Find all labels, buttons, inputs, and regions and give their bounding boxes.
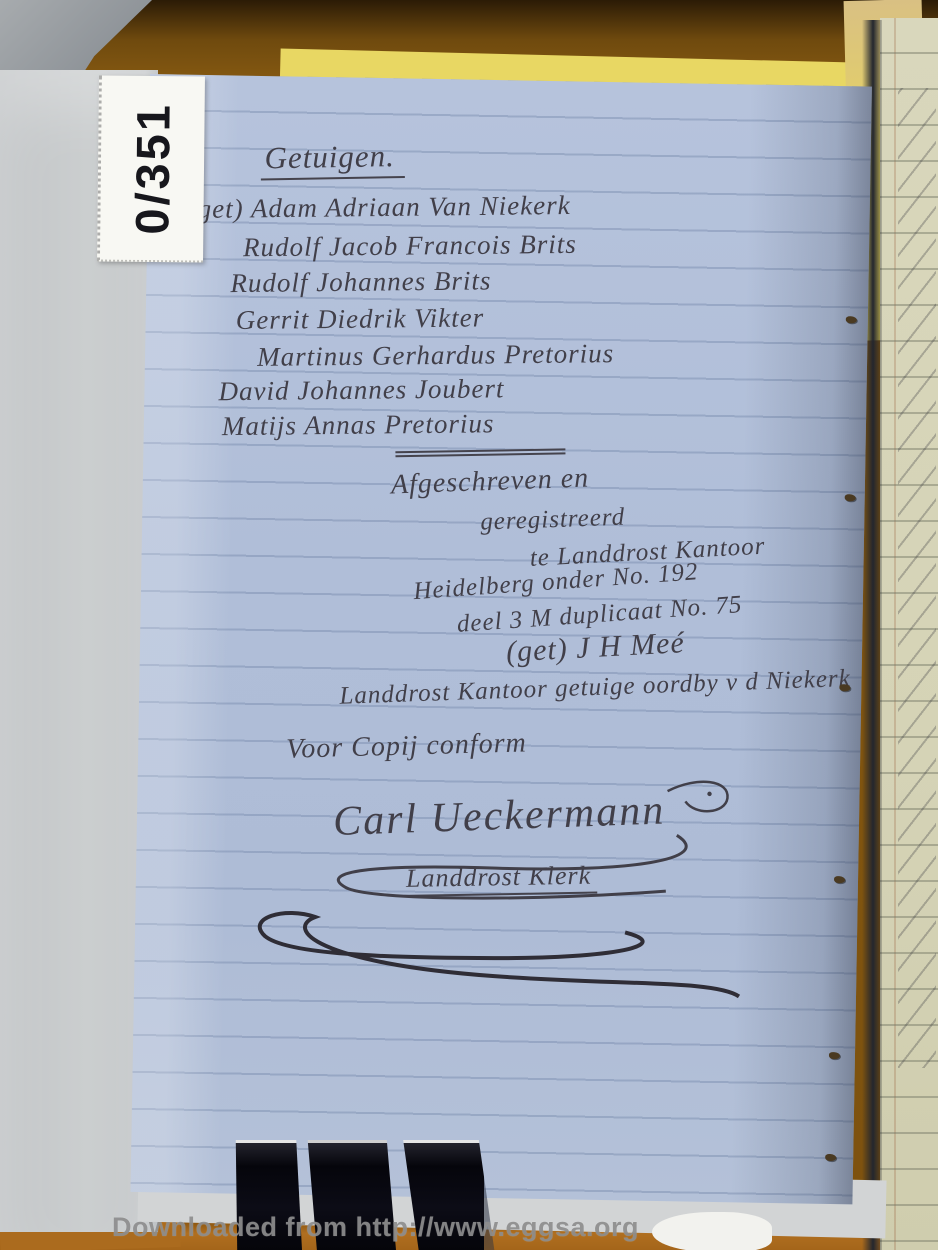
witness-line: Matijs Annas Pretorius <box>222 408 495 442</box>
stitch-hole <box>834 876 845 883</box>
clerk-signature: Carl Ueckermann <box>332 786 666 846</box>
stitch-hole <box>825 1154 836 1161</box>
signatory-title: Landdrost Klerk <box>404 861 598 897</box>
stitch-hole <box>845 494 856 501</box>
registration-line: geregistreerd <box>480 504 626 537</box>
witness-line: David Johannes Joubert <box>218 373 504 407</box>
certification-line: Voor Copij conform <box>286 727 527 765</box>
registration-line: Afgeschreven en <box>390 463 589 502</box>
witness-line: Martinus Gerhardus Pretorius <box>257 338 614 373</box>
witness-line: Rudolf Jacob Francois Brits <box>243 229 577 263</box>
document-heading: Getuigen. <box>260 138 405 181</box>
stitch-hole <box>846 316 857 323</box>
archive-label-tab: 0/351 <box>97 75 205 262</box>
paper-scrap <box>652 1212 772 1250</box>
stitch-hole <box>839 684 850 691</box>
stitch-hole <box>829 1052 840 1059</box>
blue-document-page: Getuigen. (get) Adam Adriaan Van Niekerk… <box>130 74 871 1204</box>
witness-line: (get) Adam Adriaan Van Niekerk <box>188 190 571 225</box>
registration-line: Landdrost Kantoor getuige oordby v d Nie… <box>339 665 851 711</box>
facing-page-handwriting <box>898 88 936 1068</box>
watermark-text: Downloaded from http://www.eggsa.org <box>112 1212 639 1243</box>
facing-ledger-page <box>880 18 938 1250</box>
archive-photo: Getuigen. (get) Adam Adriaan Van Niekerk… <box>0 0 938 1250</box>
witness-line: Gerrit Diedrik Vikter <box>236 302 485 336</box>
emphasis-underline <box>395 448 565 457</box>
witness-line: Rudolf Johannes Brits <box>230 265 491 299</box>
archive-label-text: 0/351 <box>124 101 180 234</box>
